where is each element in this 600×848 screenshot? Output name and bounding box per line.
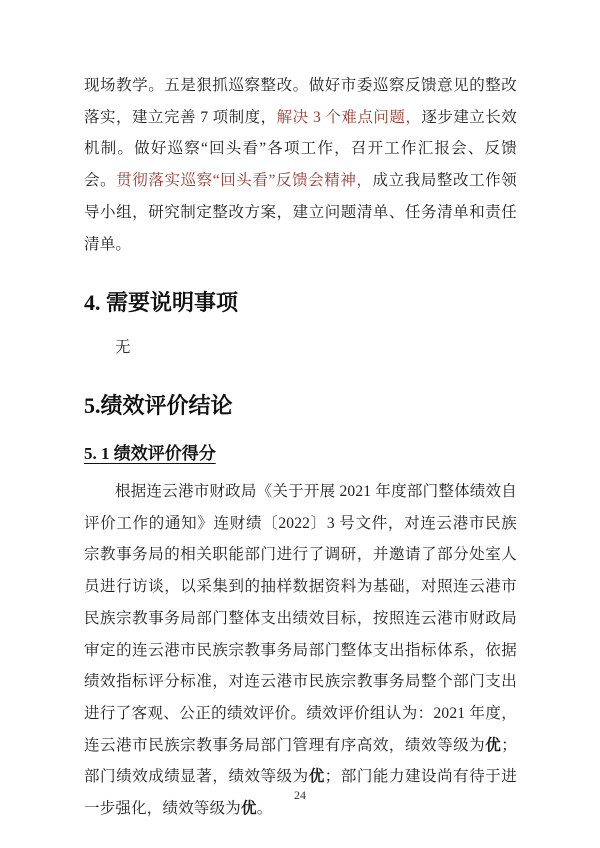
text-segment-bold: 优 [485, 737, 501, 754]
section-4-body: 无 [84, 332, 517, 364]
continuation-paragraph: 现场教学。五是狠抓巡察整改。做好市委巡察反馈意见的整改落实，建立完善 7 项制度… [84, 70, 517, 260]
section-5-1-heading: 5. 1 绩效评价得分 [84, 443, 517, 465]
text-segment-red: 解决 3 个难点问题， [277, 109, 422, 126]
section-5-heading: 5.绩效评价结论 [84, 392, 517, 420]
page-number: 24 [0, 788, 600, 803]
text-segment-red: 贯彻落实巡察“回头看”反馈会精神， [116, 172, 372, 189]
section-4-heading: 4. 需要说明事项 [84, 289, 517, 317]
page-content: 现场教学。五是狠抓巡察整改。做好市委巡察反馈意见的整改落实，建立完善 7 项制度… [84, 70, 517, 825]
text-segment-bold: 优 [309, 768, 325, 785]
document-page: 现场教学。五是狠抓巡察整改。做好市委巡察反馈意见的整改落实，建立完善 7 项制度… [0, 0, 600, 848]
section-5-1-paragraph: 根据连云港市财政局《关于开展 2021 年度部门整体绩效自评价工作的通知》连财绩… [84, 476, 517, 825]
text-segment: 根据连云港市财政局《关于开展 2021 年度部门整体绩效自评价工作的通知》连财绩… [84, 483, 517, 754]
